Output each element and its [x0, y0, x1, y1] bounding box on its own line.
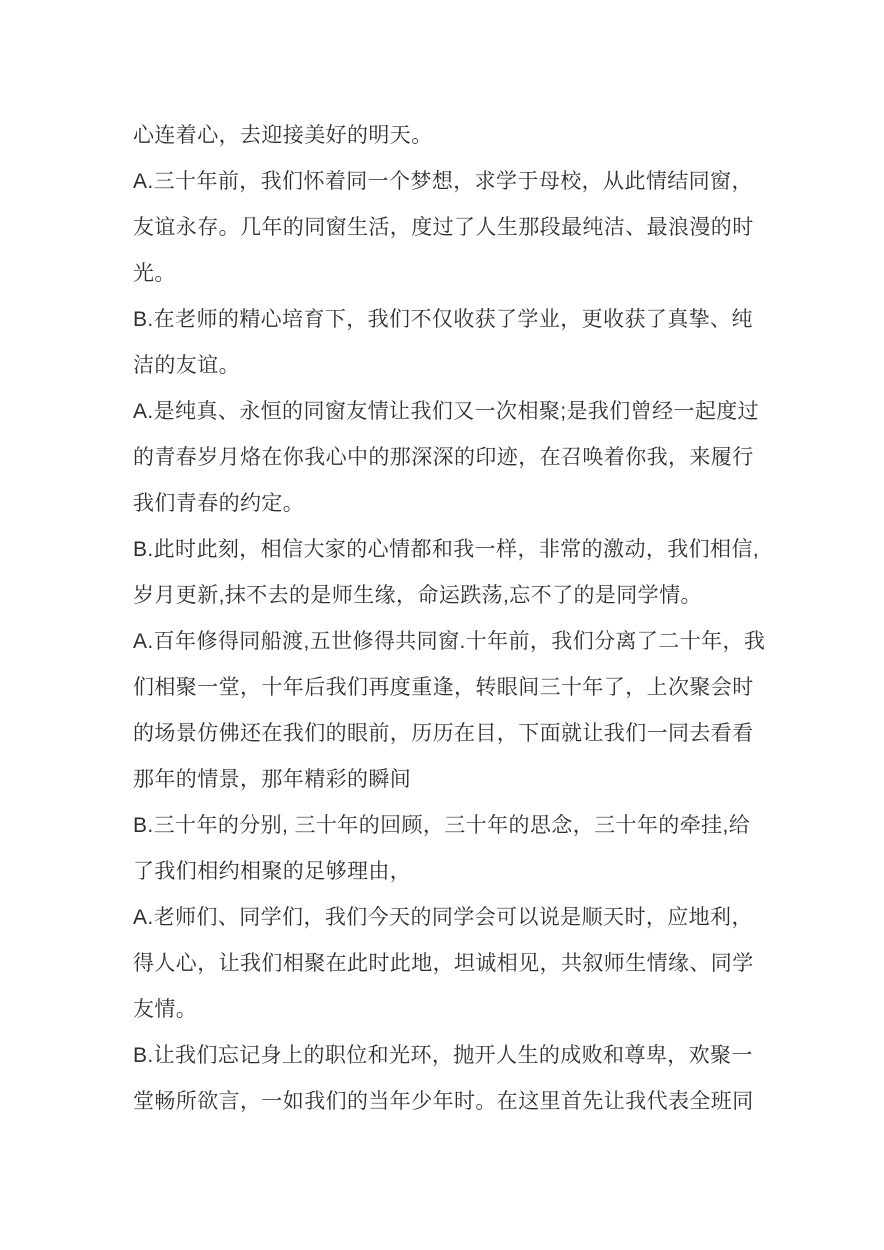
text-line: B.让我们忘记身上的职位和光环，抛开人生的成败和尊卑，欢聚一	[133, 1033, 774, 1079]
text-line: B.此时此刻，相信大家的心情都和我一样，非常的激动，我们相信,	[133, 527, 774, 573]
text-line: 心连着心，去迎接美好的明天。	[133, 113, 774, 159]
text-line: 友谊永存。几年的同窗生活，度过了人生那段最纯洁、最浪漫的时	[133, 205, 774, 251]
text-line: A.三十年前，我们怀着同一个梦想，求学于母校，从此情结同窗，	[133, 159, 774, 205]
document-text-block: 心连着心，去迎接美好的明天。 A.三十年前，我们怀着同一个梦想，求学于母校，从此…	[133, 113, 774, 1125]
document-page: 心连着心，去迎接美好的明天。 A.三十年前，我们怀着同一个梦想，求学于母校，从此…	[0, 0, 884, 1250]
text-line: 了我们相约相聚的足够理由，	[133, 849, 774, 895]
text-line: 的青春岁月烙在你我心中的那深深的印迹，在召唤着你我，来履行	[133, 435, 774, 481]
text-line: B.在老师的精心培育下，我们不仅收获了学业，更收获了真挚、纯	[133, 297, 774, 343]
text-line: 得人心，让我们相聚在此时此地，坦诚相见，共叙师生情缘、同学	[133, 941, 774, 987]
text-line: 岁月更新,抹不去的是师生缘，命运跌荡,忘不了的是同学情。	[133, 573, 774, 619]
text-line: 堂畅所欲言，一如我们的当年少年时。在这里首先让我代表全班同	[133, 1079, 774, 1125]
text-line: B.三十年的分别, 三十年的回顾，三十年的思念，三十年的牵挂,给	[133, 803, 774, 849]
text-line: A.老师们、同学们，我们今天的同学会可以说是顺天时，应地利，	[133, 895, 774, 941]
text-line: 我们青春的约定。	[133, 481, 774, 527]
text-line: 洁的友谊。	[133, 343, 774, 389]
text-line: A.百年修得同船渡,五世修得共同窗.十年前，我们分离了二十年，我	[133, 619, 774, 665]
text-line: 们相聚一堂，十年后我们再度重逢，转眼间三十年了，上次聚会时	[133, 665, 774, 711]
text-line: A.是纯真、永恒的同窗友情让我们又一次相聚;是我们曾经一起度过	[133, 389, 774, 435]
text-line: 那年的情景，那年精彩的瞬间	[133, 757, 774, 803]
text-line: 友情。	[133, 987, 774, 1033]
text-line: 的场景仿佛还在我们的眼前，历历在目，下面就让我们一同去看看	[133, 711, 774, 757]
text-line: 光。	[133, 251, 774, 297]
